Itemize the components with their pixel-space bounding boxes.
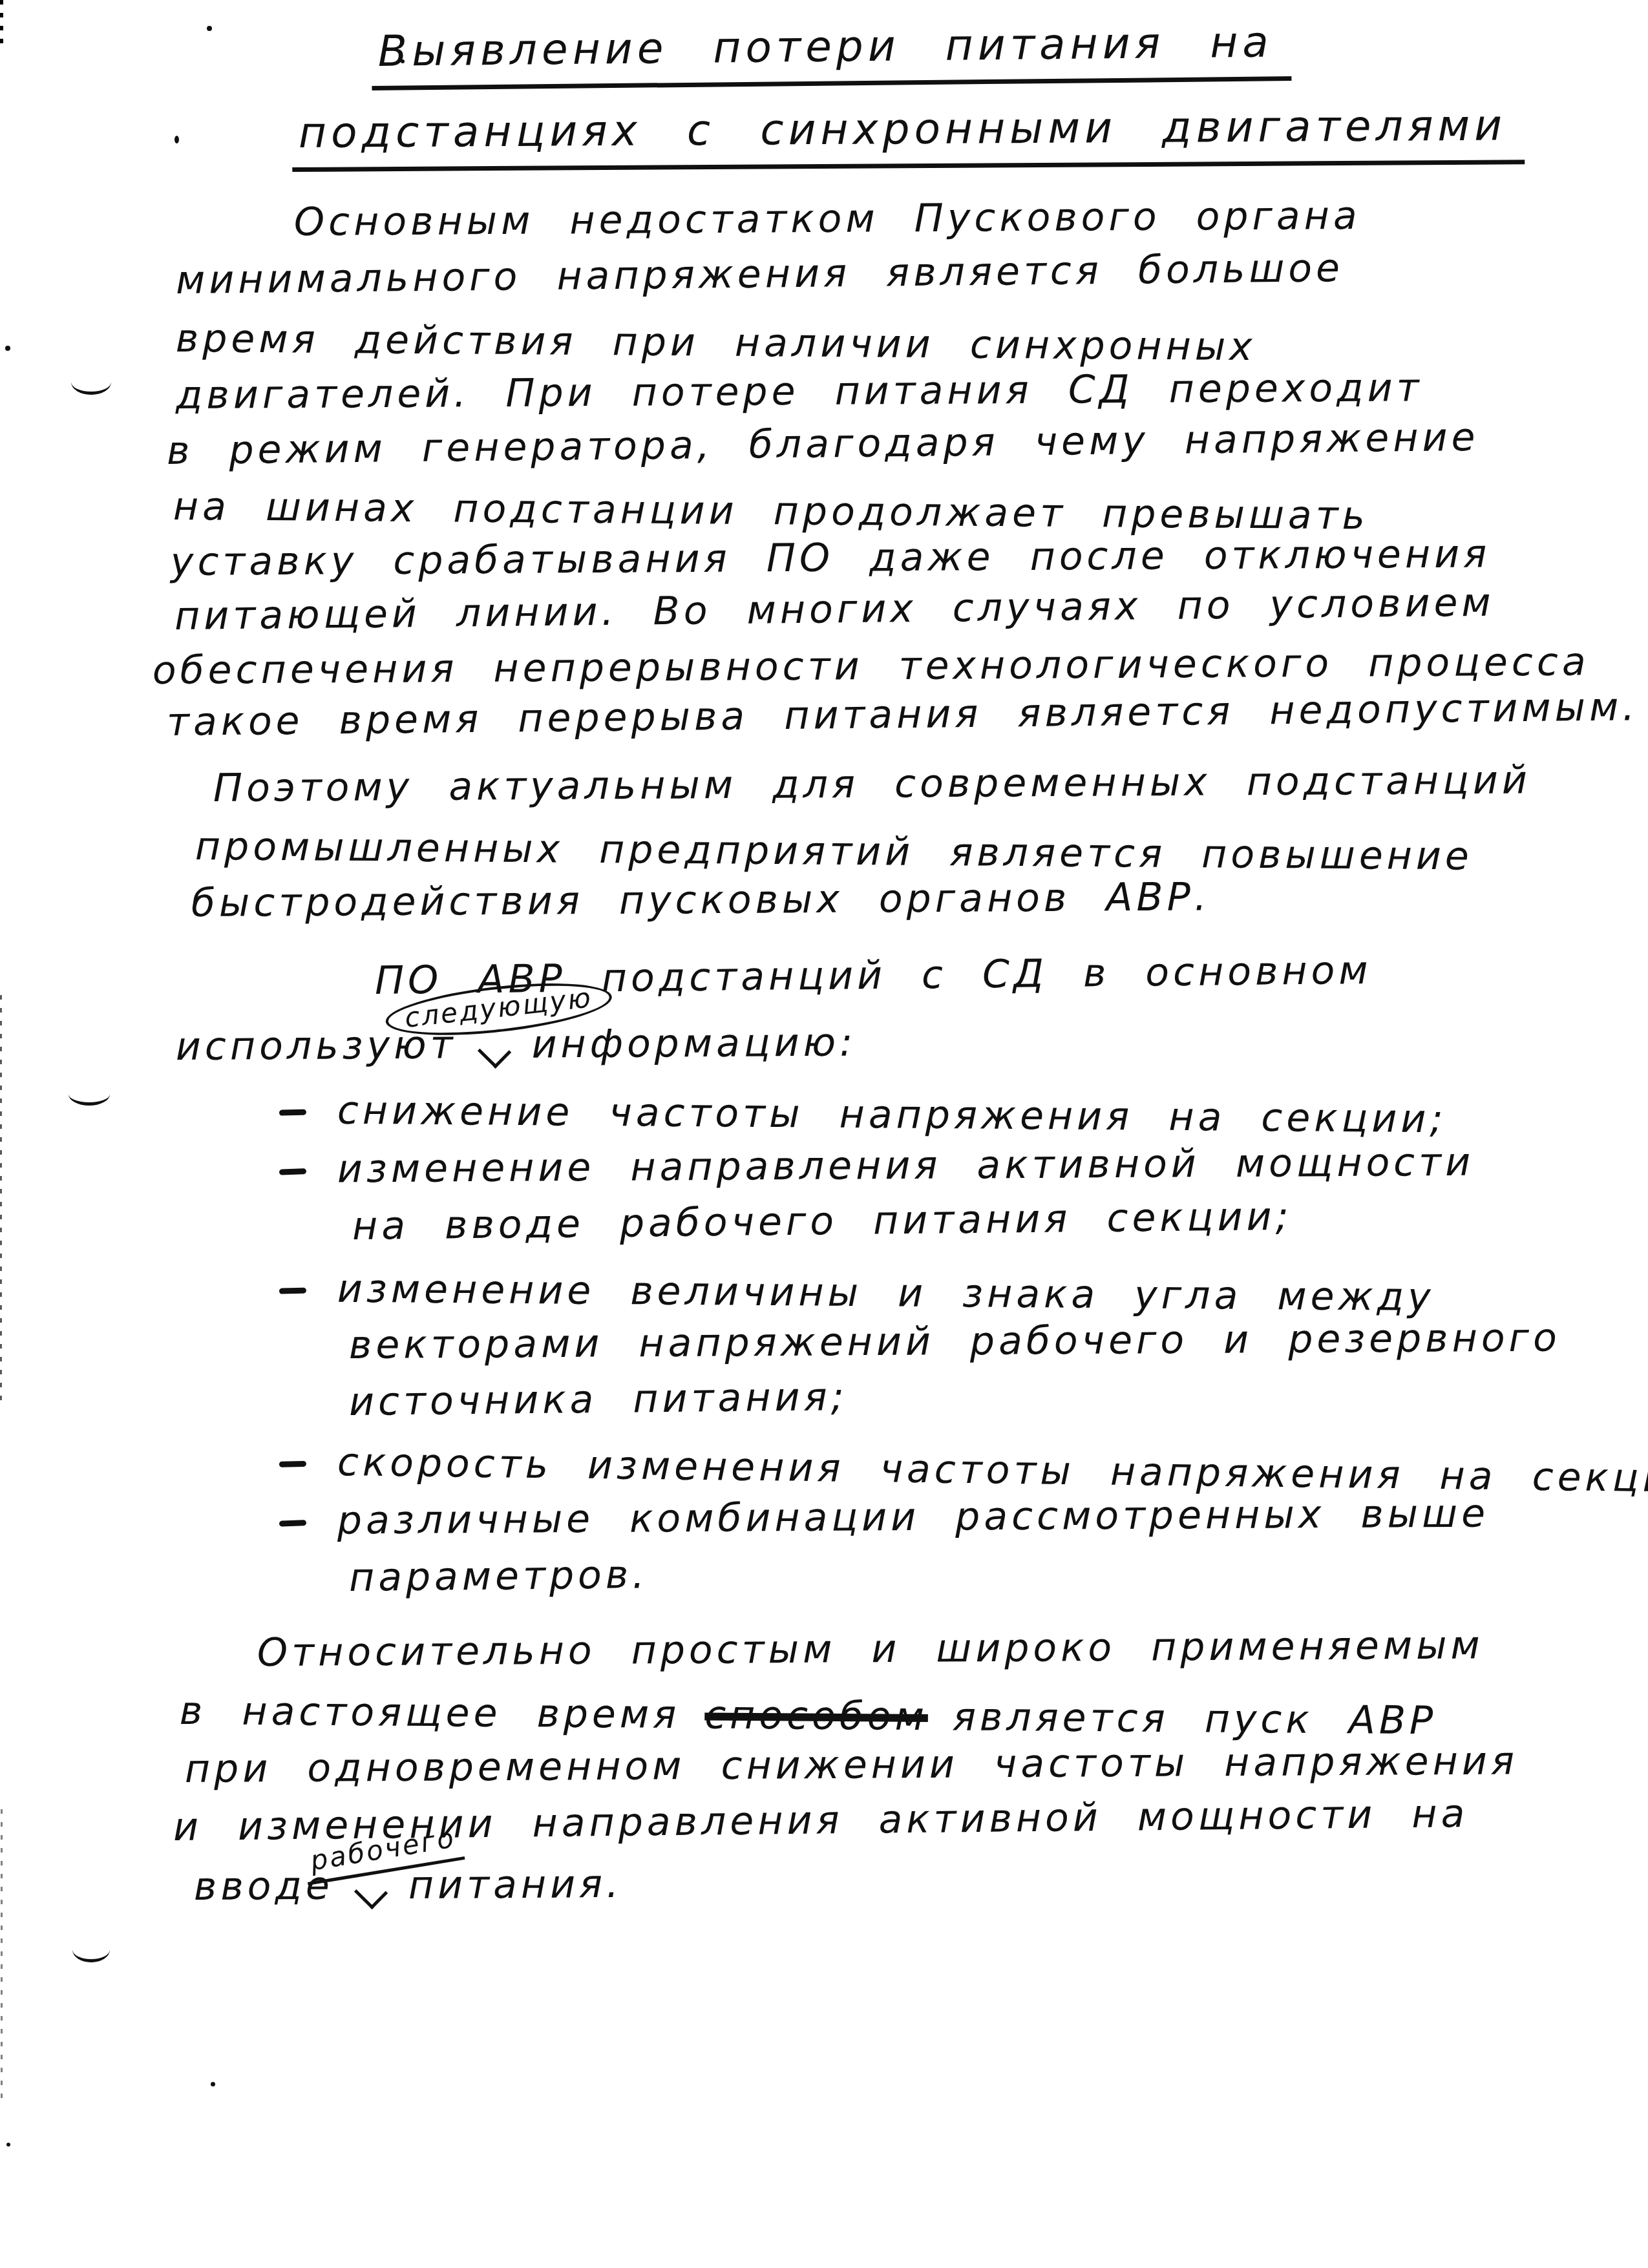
text-run: питания. xyxy=(408,1862,623,1908)
scan-speck xyxy=(207,26,212,31)
list-item: изменение направления активной мощности xyxy=(279,1139,1475,1193)
page-title-line-2: подстанциях с синхронными двигателями xyxy=(292,100,1525,172)
list-item-continuation: векторами напряжений рабочего и резервно… xyxy=(349,1315,1561,1369)
list-item: различные комбинации рассмотренных выше xyxy=(279,1491,1489,1544)
caret-icon xyxy=(354,1876,388,1909)
paragraph-line: такое время перерыва питания является не… xyxy=(167,684,1639,746)
insertion-mark: следующую xyxy=(483,1050,506,1058)
list-item: изменение величины и знака угла между xyxy=(279,1265,1435,1321)
paragraph-line: двигателей. При потере питания СД перехо… xyxy=(176,364,1423,419)
paragraph-line: минимального напряжения является большое xyxy=(176,245,1344,304)
page-title-line-1: Выявление потери питания на xyxy=(371,16,1291,90)
list-dash-icon xyxy=(279,1168,306,1175)
scan-speck xyxy=(174,136,179,143)
scanner-edge-artifact xyxy=(1,1809,3,2106)
list-item-text: различные комбинации рассмотренных выше xyxy=(337,1491,1489,1544)
list-item-text: изменение величины и знака угла между xyxy=(337,1266,1435,1320)
text-run: информацию: xyxy=(531,1020,856,1067)
paragraph-line: Поэтому актуальным для современных подст… xyxy=(213,757,1531,812)
list-item-text: снижение частоты напряжения на секции; xyxy=(337,1088,1447,1142)
paragraph-line: уставку срабатывания ПО даже после отклю… xyxy=(171,531,1491,585)
paragraph-line: время действия при наличии синхронных xyxy=(176,315,1256,370)
paragraph-line: Относительно простым и широко применяемы… xyxy=(257,1622,1484,1676)
paragraph-line: при одновременном снижении частоты напря… xyxy=(185,1738,1518,1792)
scan-speck xyxy=(211,2082,215,2086)
paragraph-line: питающей линии. Во многих случаях по усл… xyxy=(174,580,1495,640)
paragraph-line: промышленных предприятий является повыше… xyxy=(195,823,1473,880)
list-item-continuation: параметров. xyxy=(349,1551,649,1601)
scan-speck xyxy=(5,346,10,351)
scanner-edge-artifact xyxy=(0,995,2,1409)
paragraph-line: в режим генератора, благодаря чему напря… xyxy=(167,414,1479,474)
scan-speck xyxy=(6,2143,10,2147)
list-item-continuation: источника питания; xyxy=(349,1374,849,1425)
paragraph-line: Основным недостатком Пускового органа xyxy=(294,193,1361,246)
paragraph-line: на шинах подстанции продолжает превышать xyxy=(173,483,1369,540)
scanned-handwritten-page: Выявление потери питания на подстанциях … xyxy=(0,0,1648,2268)
list-dash-icon xyxy=(279,1288,306,1294)
paragraph-line: обеспечения непрерывности технологическо… xyxy=(153,638,1590,694)
text-run: в настоящее время xyxy=(180,1688,681,1738)
scanner-edge-artifact xyxy=(0,0,3,45)
paragraph-line: быстродействия пусковых органов АВР. xyxy=(191,874,1210,927)
scan-speck xyxy=(401,59,405,63)
caret-icon xyxy=(477,1034,511,1068)
list-dash-icon xyxy=(279,1520,306,1527)
insertion-mark: рабочего xyxy=(359,1891,383,1898)
text-run: является пуск АВР xyxy=(953,1694,1437,1743)
stray-pen-arc xyxy=(72,1937,110,1962)
paragraph-line-with-insertion: используютследующуюинформацию: xyxy=(176,1020,857,1070)
list-item-text: изменение направления активной мощности xyxy=(337,1140,1475,1192)
list-dash-icon xyxy=(279,1109,306,1116)
paragraph-line-with-insertion: вводерабочегопитания. xyxy=(194,1861,623,1910)
list-dash-icon xyxy=(279,1461,306,1467)
struck-out-word: способом xyxy=(704,1692,928,1740)
paragraph-line-with-strikethrough: в настоящее времяспособомявляется пуск А… xyxy=(180,1688,1437,1744)
stray-pen-arc xyxy=(71,370,111,395)
list-item: снижение частоты напряжения на секции; xyxy=(279,1087,1447,1142)
stray-pen-arc xyxy=(69,1083,110,1106)
list-item-continuation: на вводе рабочего питания секции; xyxy=(352,1193,1293,1250)
